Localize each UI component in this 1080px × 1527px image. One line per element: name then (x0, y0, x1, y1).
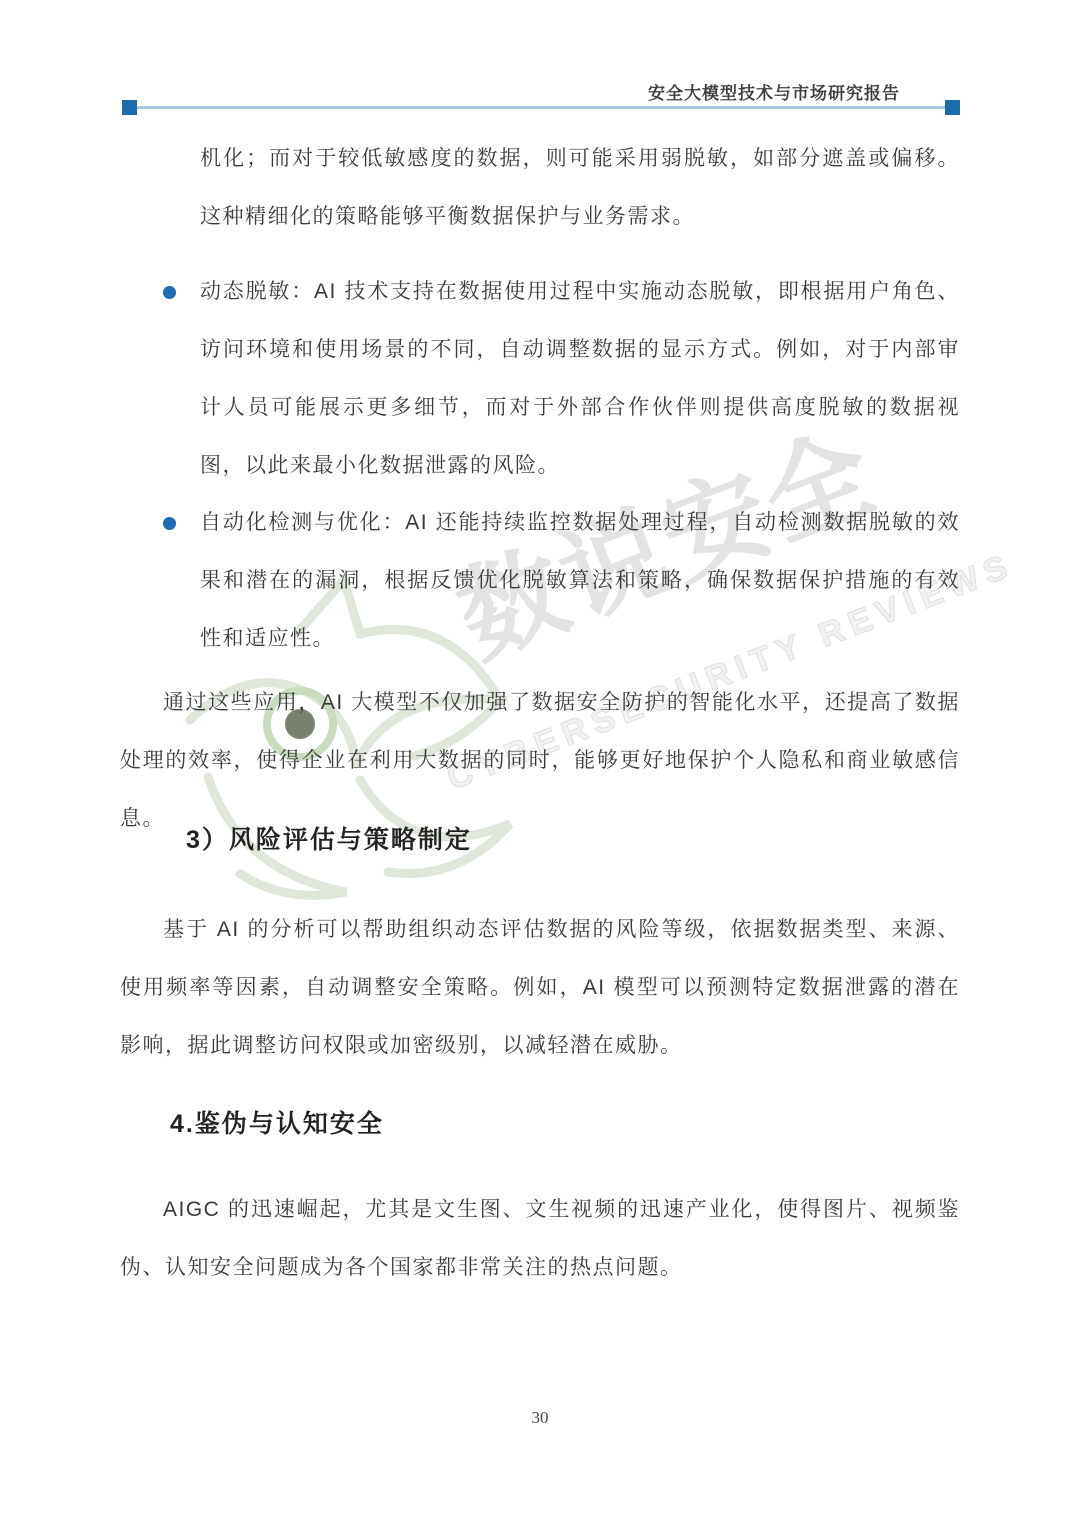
bullet-text: 自动化检测与优化：AI 还能持续监控数据处理过程，自动检测数据脱敏的效果和潜在的… (200, 511, 960, 650)
header-rule-endcap-right (945, 100, 960, 115)
bullet-icon (163, 286, 176, 299)
header-rule-endcap-left (122, 100, 137, 115)
report-page: 数说安全 CYBERSECURITY REVIEWS 安全大模型技术与市场研究报… (0, 0, 1080, 1527)
bullet-icon (163, 517, 176, 530)
page-number: 30 (0, 1408, 1080, 1428)
paragraph-risk-assessment: 基于 AI 的分析可以帮助组织动态评估数据的风险等级，依据数据类型、来源、使用频… (120, 901, 960, 1075)
section-heading-risk-assessment: 3）风险评估与策略制定 (186, 822, 472, 858)
bullet-text: 动态脱敏：AI 技术支持在数据使用过程中实施动态脱敏，即根据用户角色、访问环境和… (200, 280, 960, 477)
section-heading-forgery-detection: 4.鉴伪与认知安全 (170, 1106, 384, 1142)
bullet-item-dynamic-masking: 动态脱敏：AI 技术支持在数据使用过程中实施动态脱敏，即根据用户角色、访问环境和… (200, 263, 960, 495)
bullet-item-auto-detection: 自动化检测与优化：AI 还能持续监控数据处理过程，自动检测数据脱敏的效果和潜在的… (200, 494, 960, 668)
paragraph-aigc: AIGC 的迅速崛起，尤其是文生图、文生视频的迅速产业化，使得图片、视频鉴伪、认… (120, 1181, 960, 1297)
header-report-title: 安全大模型技术与市场研究报告 (648, 79, 900, 104)
paragraph-continued: 机化；而对于较低敏感度的数据，则可能采用弱脱敏，如部分遮盖或偏移。这种精细化的策… (200, 130, 960, 246)
header-rule (122, 106, 958, 109)
